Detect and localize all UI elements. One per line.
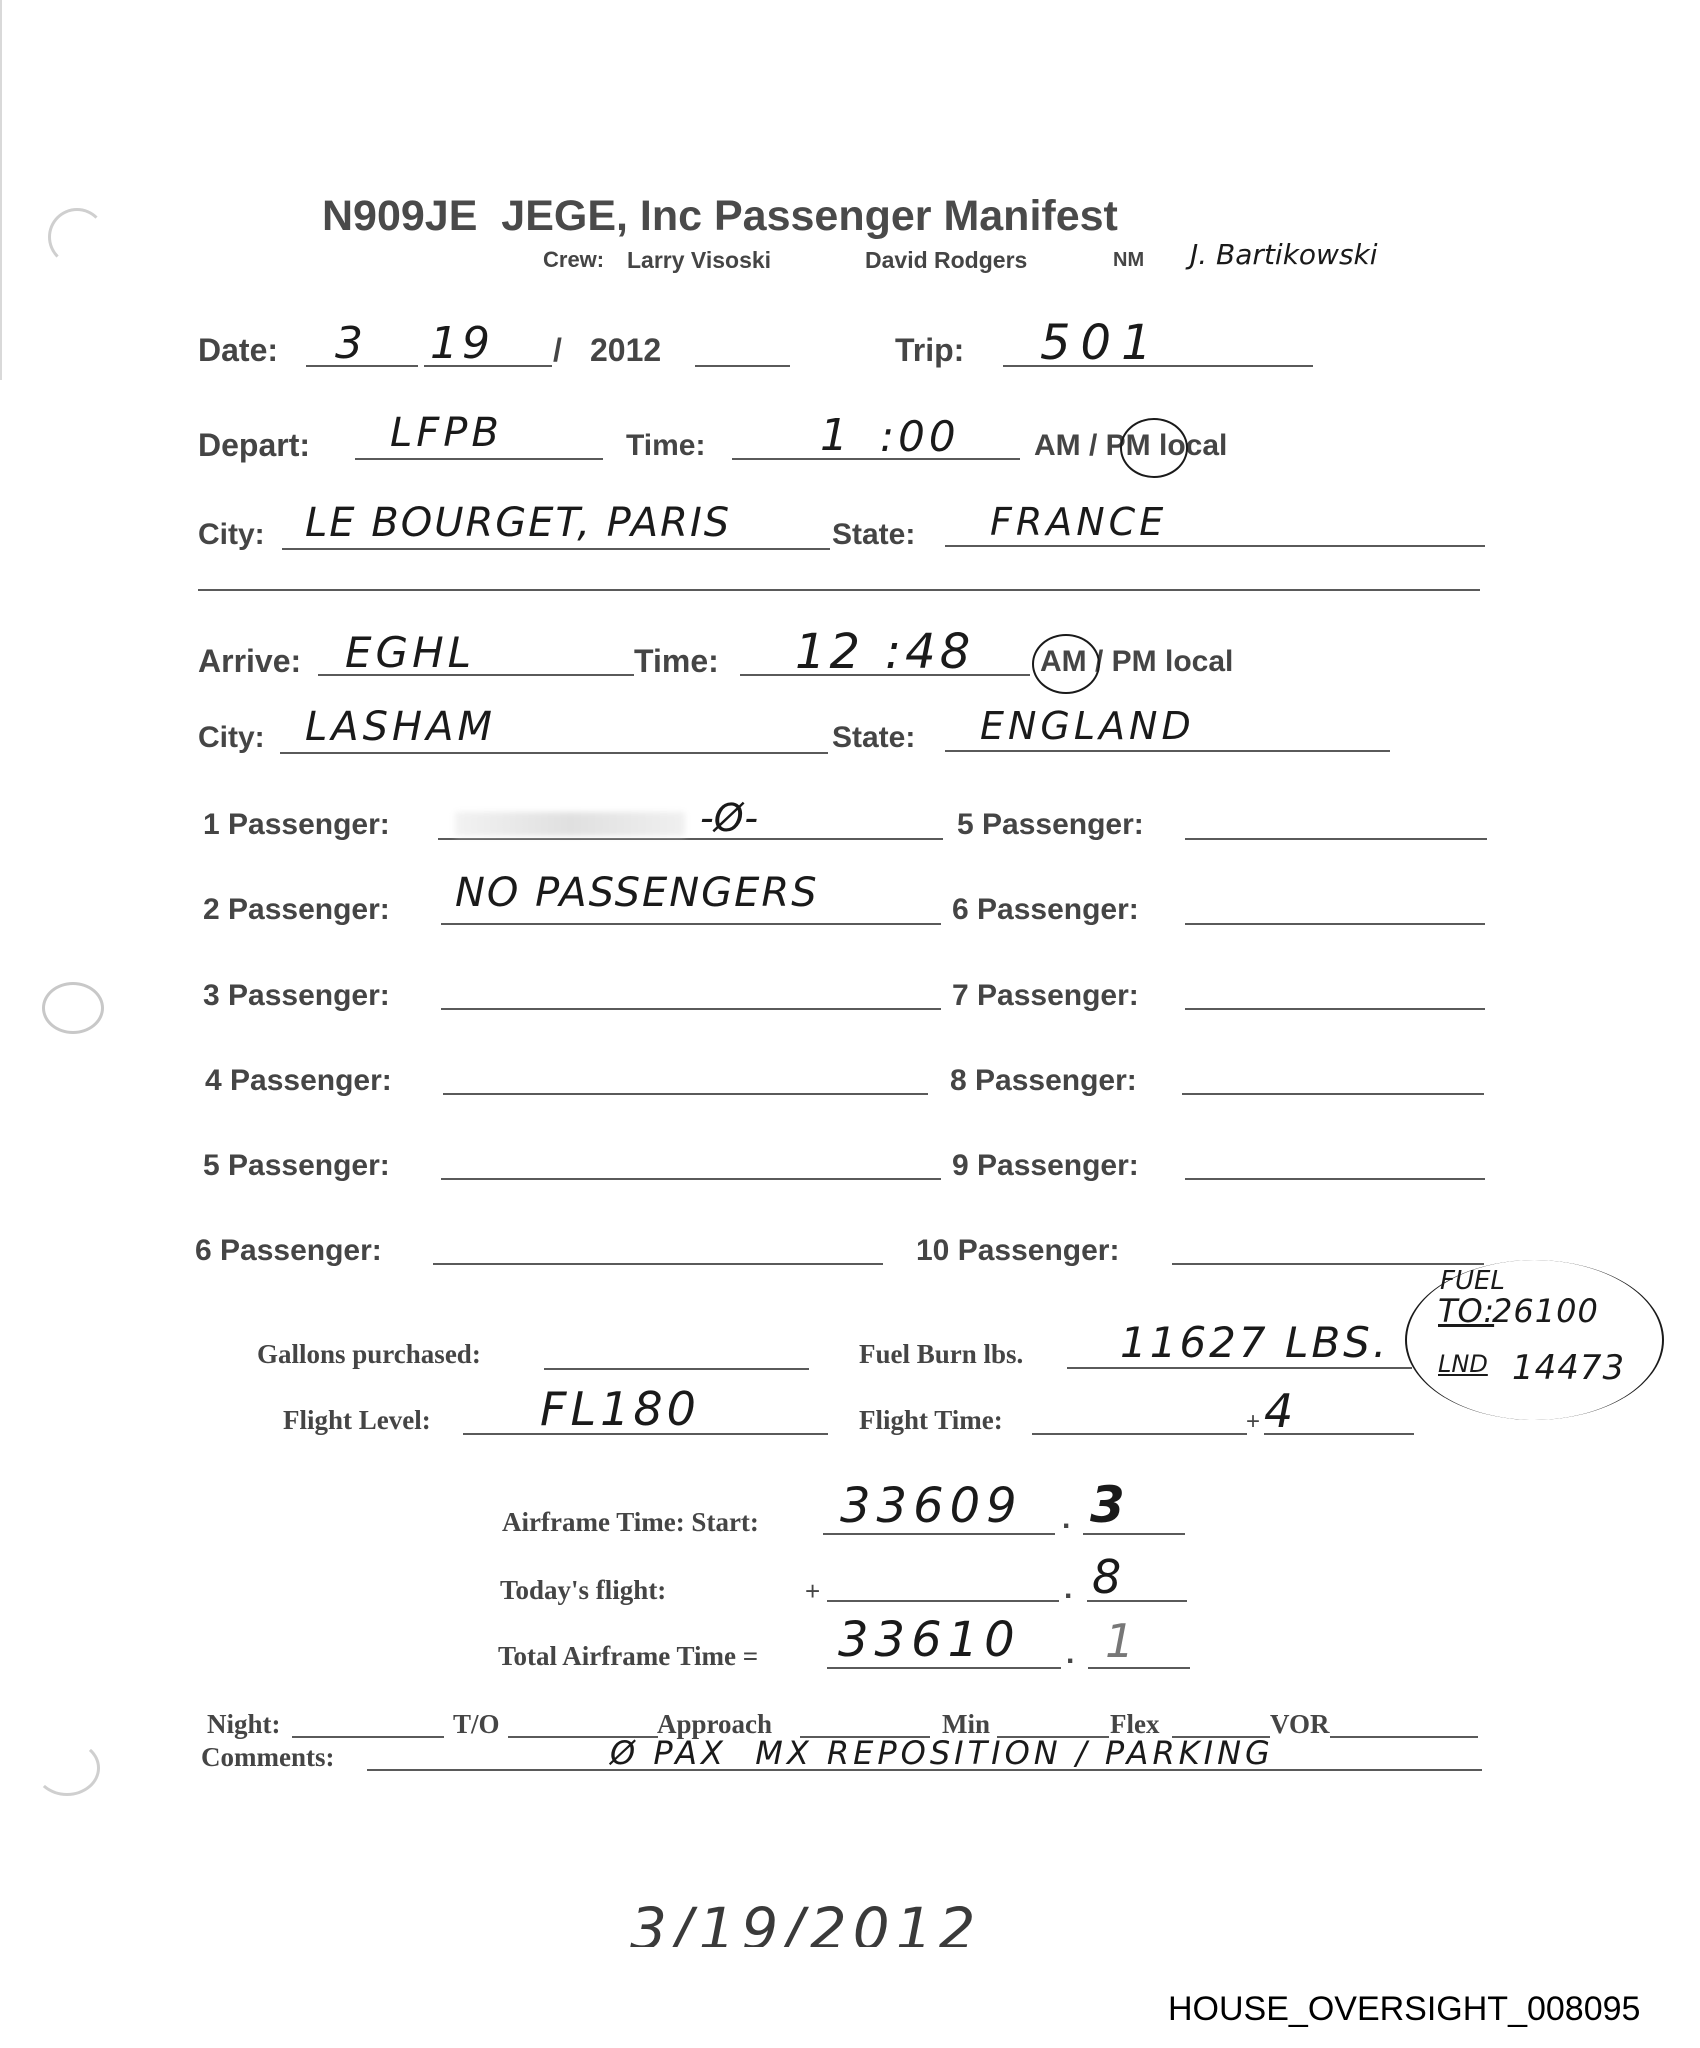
passenger-9-field[interactable] — [1185, 1178, 1485, 1180]
passenger-1-redaction — [455, 812, 685, 836]
passenger-right-5-field[interactable] — [1185, 838, 1487, 840]
flight-time-value: 4 — [1264, 1384, 1297, 1438]
passenger-5-label: 5 Passenger: — [203, 1149, 390, 1183]
passenger-8-field[interactable] — [1182, 1093, 1484, 1095]
night-field[interactable] — [292, 1736, 444, 1738]
flight-time-field[interactable] — [1032, 1433, 1247, 1435]
passenger-10-label: 10 Passenger: — [916, 1234, 1119, 1268]
todays-flight-decimal: 8 — [1092, 1550, 1125, 1604]
total-airframe-dot: . — [1066, 1637, 1074, 1671]
depart-time-field[interactable] — [732, 458, 1020, 460]
date-year: 2012 — [590, 332, 661, 369]
comments-value: Ø PAX MX REPOSITION / PARKING — [610, 1734, 1274, 1772]
depart-airport-field[interactable] — [355, 458, 603, 460]
to-label: T/O — [453, 1709, 500, 1740]
depart-pm-circle — [1120, 418, 1188, 478]
night-label: Night: — [207, 1709, 281, 1740]
left-edge-mark — [0, 0, 2, 380]
crew-member-1: Larry Visoski — [627, 247, 771, 274]
divider-line — [198, 589, 1480, 591]
todays-flight-dot: . — [1064, 1572, 1072, 1606]
vor-field[interactable] — [1330, 1736, 1478, 1738]
crew-member-2: David Rodgers — [865, 247, 1027, 274]
fuel-burn-label: Fuel Burn lbs. — [859, 1339, 1023, 1370]
passenger-right-5-label: 5 Passenger: — [957, 808, 1144, 842]
passenger-9-label: 9 Passenger: — [952, 1149, 1139, 1183]
date-separator: / — [553, 332, 562, 369]
nm-signature: J. Bartikowski — [1190, 238, 1378, 271]
passenger-3-field[interactable] — [441, 1008, 941, 1010]
fuel-note-to-value: 26100 — [1492, 1292, 1599, 1330]
depart-time-minutes: :00 — [880, 412, 960, 461]
arrive-airport-value: EGHL — [345, 628, 475, 677]
airframe-start-dot: . — [1062, 1502, 1070, 1536]
flight-time-prefix: + — [1246, 1408, 1260, 1436]
vor-label: VOR — [1270, 1709, 1329, 1740]
flight-level-value: FL180 — [540, 1382, 700, 1436]
depart-time-label: Time: — [626, 429, 705, 463]
passenger-8-label: 8 Passenger: — [950, 1064, 1137, 1098]
total-airframe-decimal: 1 — [1105, 1614, 1138, 1668]
total-airframe-label: Total Airframe Time = — [498, 1641, 758, 1672]
arrive-time-label: Time: — [634, 643, 719, 680]
total-airframe-whole: 33610 — [838, 1612, 1021, 1668]
passenger-6-field[interactable] — [433, 1263, 883, 1265]
handwritten-date: 3/19/2012 — [630, 1895, 981, 1947]
airframe-start-decimal: 3 — [1090, 1476, 1129, 1534]
depart-state-field[interactable] — [945, 545, 1485, 547]
depart-city-value: LE BOURGET, PARIS — [305, 500, 731, 546]
total-airframe-decimal-field[interactable] — [1088, 1667, 1190, 1669]
passenger-4-label: 4 Passenger: — [205, 1064, 392, 1098]
fuel-note-lnd-label: LND — [1438, 1350, 1488, 1378]
arrive-label: Arrive: — [198, 643, 301, 680]
date-label: Date: — [198, 332, 278, 369]
arrive-time-hour: 12 — [795, 624, 864, 680]
trip-label: Trip: — [895, 332, 964, 369]
passenger-right-6-field[interactable] — [1185, 923, 1485, 925]
bates-number: HOUSE_OVERSIGHT_008095 — [1168, 1990, 1640, 2029]
depart-state-label: State: — [832, 518, 915, 552]
depart-city-label: City: — [198, 518, 265, 552]
crew-label: Crew: — [543, 247, 604, 273]
binder-hole-middle — [42, 982, 104, 1034]
depart-time-hour: 1 — [820, 410, 852, 461]
airframe-start-label: Airframe Time: Start: — [502, 1507, 759, 1538]
arrive-state-field[interactable] — [945, 750, 1390, 752]
arrive-time-minutes: :48 — [885, 624, 974, 680]
passenger-7-field[interactable] — [1185, 1008, 1485, 1010]
flight-level-label: Flight Level: — [283, 1405, 431, 1436]
passenger-right-6-label: 6 Passenger: — [952, 893, 1139, 927]
arrive-state-value: ENGLAND — [980, 704, 1195, 748]
nm-label: NM — [1113, 249, 1144, 272]
binder-hole-bottom — [34, 1740, 100, 1796]
arrive-city-field[interactable] — [280, 752, 828, 754]
passenger-1-field[interactable] — [438, 838, 943, 840]
passenger-4-field[interactable] — [443, 1093, 928, 1095]
todays-flight-label: Today's flight: — [500, 1575, 666, 1606]
todays-flight-prefix: + — [805, 1576, 820, 1607]
fuel-note-to-label: TO: — [1438, 1292, 1494, 1330]
trip-value: 501 — [1040, 315, 1162, 371]
passenger-1-value: -Ø- — [700, 796, 758, 840]
arrive-state-label: State: — [832, 721, 915, 755]
depart-city-field[interactable] — [282, 548, 830, 550]
date-month-value: 3 — [335, 318, 367, 369]
fuel-note-lnd-value: 14473 — [1512, 1348, 1625, 1388]
gallons-purchased-field[interactable] — [544, 1368, 809, 1370]
passenger-10-field[interactable] — [1172, 1263, 1484, 1265]
passenger-6-label: 6 Passenger: — [195, 1234, 382, 1268]
manifest-title: N909JE JEGE, Inc Passenger Manifest — [322, 192, 1118, 241]
passenger-2-field[interactable] — [441, 923, 941, 925]
arrive-city-value: LASHAM — [305, 704, 496, 750]
gallons-purchased-label: Gallons purchased: — [257, 1339, 481, 1370]
depart-label: Depart: — [198, 427, 310, 464]
passenger-1-label: 1 Passenger: — [203, 808, 390, 842]
airframe-start-whole: 33609 — [840, 1478, 1023, 1534]
date-year-field[interactable] — [695, 365, 790, 367]
passenger-2-label: 2 Passenger: — [203, 893, 390, 927]
passenger-2-value: NO PASSENGERS — [455, 870, 819, 916]
passenger-3-label: 3 Passenger: — [203, 979, 390, 1013]
passenger-7-label: 7 Passenger: — [952, 979, 1139, 1013]
depart-state-value: FRANCE — [990, 500, 1167, 544]
todays-flight-field[interactable] — [827, 1600, 1059, 1602]
flight-time-label: Flight Time: — [859, 1405, 1003, 1436]
flight-time-minutes-field[interactable] — [1264, 1433, 1414, 1435]
comments-label: Comments: — [201, 1742, 334, 1773]
fuel-burn-field[interactable] — [1067, 1367, 1412, 1369]
binder-hole-top — [48, 208, 106, 266]
passenger-5-field[interactable] — [441, 1178, 941, 1180]
arrive-am-circle — [1032, 634, 1100, 694]
fuel-burn-value: 11627 LBS. — [1120, 1318, 1389, 1367]
depart-airport-value: LFPB — [390, 410, 503, 456]
arrive-city-label: City: — [198, 721, 265, 755]
date-day-value: 19 — [430, 318, 494, 369]
